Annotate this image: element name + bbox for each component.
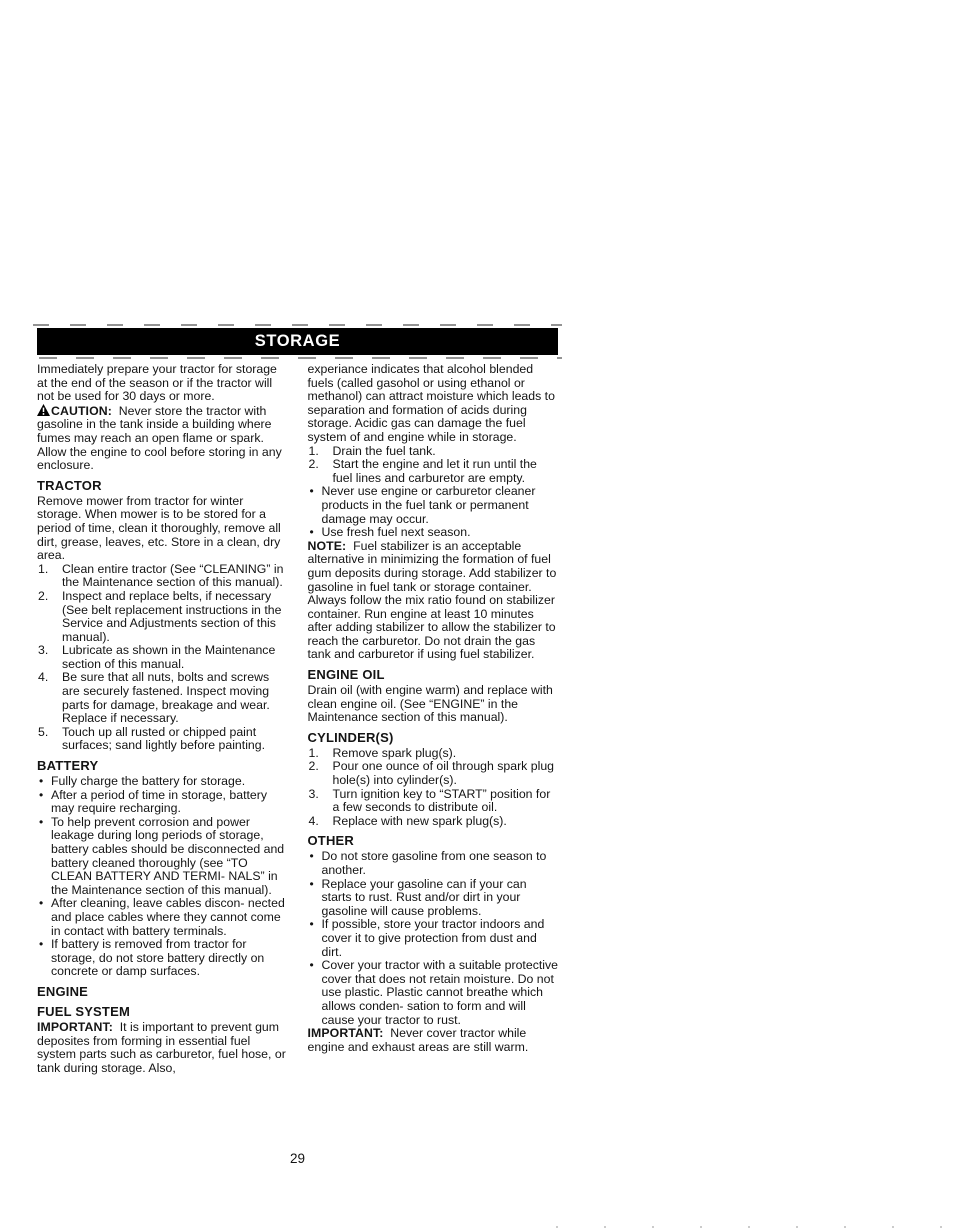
- bullet-icon: •: [39, 897, 43, 911]
- caution-paragraph: CAUTION: Never store the tractor with ga…: [37, 404, 288, 473]
- list-number: 2.: [309, 458, 319, 472]
- list-number: 4.: [309, 815, 319, 829]
- list-item-text: Be sure that all nuts, bolts and screws …: [62, 670, 270, 725]
- left-column: Immediately prepare your tractor for sto…: [37, 363, 288, 1075]
- list-number: 1.: [38, 563, 48, 577]
- paragraph-lead: CAUTION:: [51, 404, 112, 418]
- section-heading: ENGINE: [37, 985, 288, 999]
- bullet-icon: •: [310, 526, 314, 540]
- list-item: •After cleaning, leave cables discon- ne…: [37, 897, 288, 938]
- list-item: •Fully charge the battery for storage.: [37, 775, 288, 789]
- numbered-list: 1.Clean entire tractor (See “CLEANING” i…: [37, 563, 288, 753]
- list-item-text: After cleaning, leave cables discon- nec…: [51, 896, 285, 937]
- paragraph-lead: IMPORTANT:: [308, 1026, 384, 1040]
- list-item-text: Drain the fuel tank.: [333, 444, 436, 458]
- section-heading: FUEL SYSTEM: [37, 1005, 288, 1019]
- paragraph: NOTE: Fuel stabilizer is an acceptable a…: [308, 540, 559, 662]
- bulleted-list: •Do not store gasoline from one season t…: [308, 850, 559, 1027]
- list-item-text: If possible, store your tractor indoors …: [322, 917, 545, 958]
- list-item-text: Inspect and replace belts, if necessary …: [62, 589, 281, 644]
- section-heading: ENGINE OIL: [308, 668, 559, 682]
- numbered-list: 1.Remove spark plug(s).2.Pour one ounce …: [308, 747, 559, 829]
- list-item: 1.Drain the fuel tank.: [308, 445, 559, 459]
- paragraph: Immediately prepare your tractor for sto…: [37, 363, 288, 404]
- list-item-text: If battery is removed from tractor for s…: [51, 937, 264, 978]
- list-item-text: Start the engine and let it run until th…: [333, 457, 537, 485]
- list-item-text: Remove spark plug(s).: [333, 746, 457, 760]
- list-item: •Replace your gasoline can if your can s…: [308, 878, 559, 919]
- two-column-layout: Immediately prepare your tractor for sto…: [37, 363, 558, 1075]
- bullet-icon: •: [310, 959, 314, 973]
- list-item-text: Turn ignition key to “START” position fo…: [333, 787, 551, 815]
- list-item: 2.Pour one ounce of oil through spark pl…: [308, 760, 559, 787]
- paragraph-text: Immediately prepare your tractor for sto…: [37, 362, 277, 403]
- list-item: 4.Replace with new spark plug(s).: [308, 815, 559, 829]
- list-item-text: After a period of time in storage, batte…: [51, 788, 267, 816]
- bullet-icon: •: [310, 485, 314, 499]
- list-item: •To help prevent corrosion and power lea…: [37, 816, 288, 898]
- paragraph-text: Fuel stabilizer is an acceptable alterna…: [308, 539, 557, 662]
- list-number: 2.: [38, 590, 48, 604]
- list-item: 3.Lubricate as shown in the Maintenance …: [37, 644, 288, 671]
- list-item-text: Fully charge the battery for storage.: [51, 774, 245, 788]
- paragraph-text: Drain oil (with engine warm) and replace…: [308, 683, 553, 724]
- list-item-text: Lubricate as shown in the Maintenance se…: [62, 643, 275, 671]
- list-item-text: Clean entire tractor (See “CLEANING” in …: [62, 562, 283, 590]
- list-number: 1.: [309, 747, 319, 761]
- list-item: •If possible, store your tractor indoors…: [308, 918, 559, 959]
- list-item-text: Pour one ounce of oil through spark plug…: [333, 759, 555, 787]
- list-number: 2.: [309, 760, 319, 774]
- list-item: 5.Touch up all rusted or chipped paint s…: [37, 726, 288, 753]
- list-item: 2.Inspect and replace belts, if necessar…: [37, 590, 288, 644]
- bullet-icon: •: [310, 850, 314, 864]
- bullet-icon: •: [39, 775, 43, 789]
- list-number: 3.: [38, 644, 48, 658]
- list-item: 3.Turn ignition key to “START” position …: [308, 788, 559, 815]
- bullet-icon: •: [39, 816, 43, 830]
- bullet-icon: •: [39, 789, 43, 803]
- section-title: STORAGE: [255, 332, 341, 350]
- list-item: 1.Remove spark plug(s).: [308, 747, 559, 761]
- warning-triangle-icon: [37, 404, 50, 416]
- paragraph-text: experiance indicates that alcohol blende…: [308, 362, 555, 444]
- list-number: 3.: [309, 788, 319, 802]
- scan-artifact-speckles: [556, 1226, 950, 1228]
- list-item-text: Never use engine or carburetor cleaner p…: [322, 484, 536, 525]
- list-item: 4.Be sure that all nuts, bolts and screw…: [37, 671, 288, 725]
- paragraph: Drain oil (with engine warm) and replace…: [308, 684, 559, 725]
- page-number: 29: [37, 1151, 558, 1166]
- list-item-text: Replace with new spark plug(s).: [333, 814, 507, 828]
- list-number: 4.: [38, 671, 48, 685]
- list-item-text: Use fresh fuel next season.: [322, 525, 471, 539]
- list-item: 1.Clean entire tractor (See “CLEANING” i…: [37, 563, 288, 590]
- list-item-text: Cover your tractor with a suitable prote…: [322, 958, 558, 1026]
- paragraph: experiance indicates that alcohol blende…: [308, 363, 559, 445]
- list-item-text: To help prevent corrosion and power leak…: [51, 815, 284, 897]
- list-item-text: Replace your gasoline can if your can st…: [322, 877, 527, 918]
- paragraph-lead: IMPORTANT:: [37, 1020, 113, 1034]
- paragraph: Remove mower from tractor for winter sto…: [37, 495, 288, 563]
- scanned-manual-page: { "page": { "number": "29", "header": { …: [0, 0, 954, 1231]
- bulleted-list: •Fully charge the battery for storage.•A…: [37, 775, 288, 979]
- list-item: •If battery is removed from tractor for …: [37, 938, 288, 979]
- bullet-icon: •: [39, 938, 43, 952]
- list-item-text: Touch up all rusted or chipped paint sur…: [62, 725, 265, 753]
- paragraph: IMPORTANT: It is important to prevent gu…: [37, 1021, 288, 1075]
- paragraph-text: Remove mower from tractor for winter sto…: [37, 494, 281, 562]
- section-heading: BATTERY: [37, 759, 288, 773]
- section-heading: CYLINDER(S): [308, 731, 559, 745]
- list-item: •Never use engine or carburetor cleaner …: [308, 485, 559, 526]
- list-item: 2.Start the engine and let it run until …: [308, 458, 559, 485]
- section-heading: TRACTOR: [37, 479, 288, 493]
- bullet-icon: •: [310, 918, 314, 932]
- section-title-bar: STORAGE: [37, 328, 558, 355]
- paragraph: IMPORTANT: Never cover tractor while eng…: [308, 1027, 559, 1054]
- list-item: •Do not store gasoline from one season t…: [308, 850, 559, 877]
- section-heading: OTHER: [308, 834, 559, 848]
- list-item: •Cover your tractor with a suitable prot…: [308, 959, 559, 1027]
- list-item: •Use fresh fuel next season.: [308, 526, 559, 540]
- list-item-text: Do not store gasoline from one season to…: [322, 849, 547, 877]
- list-number: 5.: [38, 726, 48, 740]
- paragraph-lead: NOTE:: [308, 539, 347, 553]
- bulleted-list: •Never use engine or carburetor cleaner …: [308, 485, 559, 539]
- right-column: experiance indicates that alcohol blende…: [308, 363, 559, 1075]
- list-item: •After a period of time in storage, batt…: [37, 789, 288, 816]
- manual-page-content: STORAGE Immediately prepare your tractor…: [37, 328, 558, 1075]
- list-number: 1.: [309, 445, 319, 459]
- numbered-list: 1.Drain the fuel tank.2.Start the engine…: [308, 445, 559, 486]
- bullet-icon: •: [310, 878, 314, 892]
